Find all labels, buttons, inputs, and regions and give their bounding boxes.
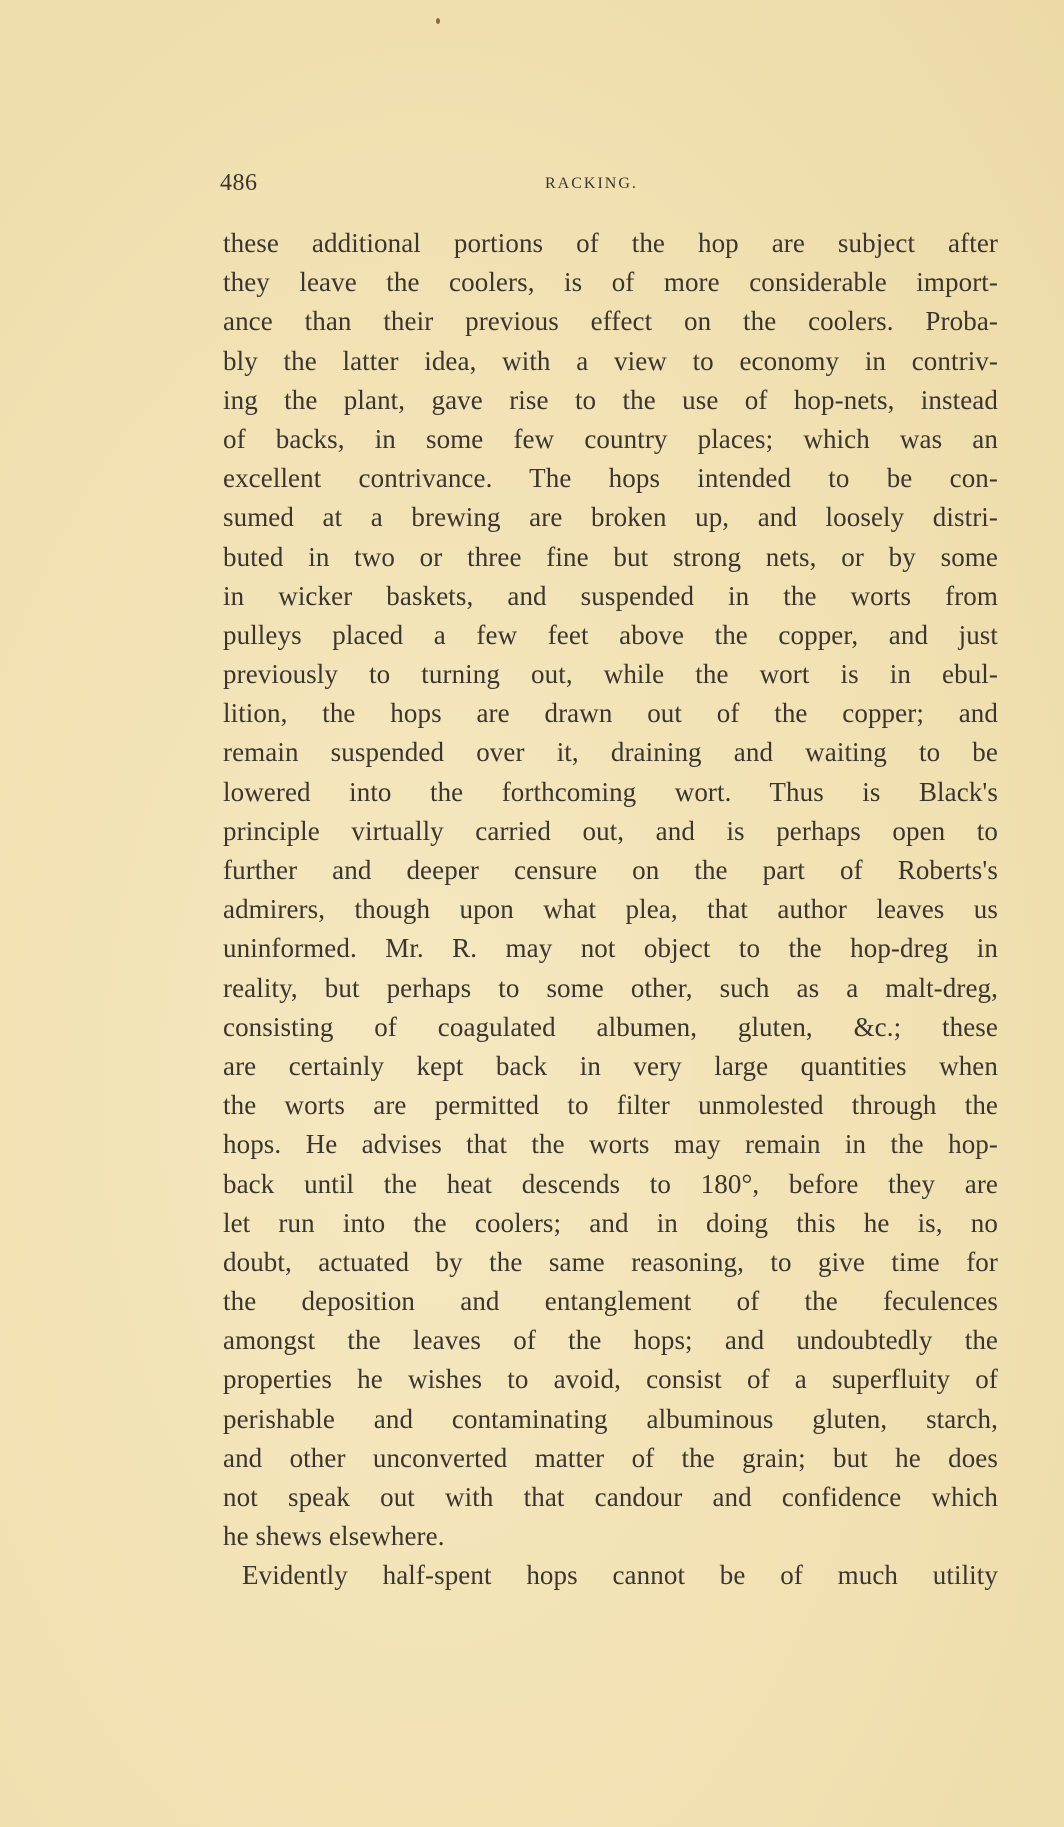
text-line: lition, the hops are drawn out of the co… <box>223 694 998 733</box>
text-line: are certainly kept back in very large qu… <box>223 1047 998 1086</box>
text-line: principle virtually carried out, and is … <box>223 812 998 851</box>
text-line: buted in two or three fine but strong ne… <box>223 538 998 577</box>
text-line: doubt, actuated by the same reasoning, t… <box>223 1243 998 1282</box>
running-head: 486 RACKING. <box>220 170 1040 200</box>
text-line: in wicker baskets, and suspended in the … <box>223 577 998 616</box>
book-page: 486 RACKING. these additional portions o… <box>0 0 1064 1827</box>
text-line: the worts are permitted to filter unmole… <box>223 1086 998 1125</box>
page-number: 486 <box>220 170 258 197</box>
text-line: Evidently half-spent hops cannot be of m… <box>223 1556 998 1595</box>
text-line: remain suspended over it, draining and w… <box>223 733 998 772</box>
text-line: lowered into the forthcoming wort. Thus … <box>223 773 998 812</box>
text-line: perishable and contaminating albuminous … <box>223 1400 998 1439</box>
paragraph-2: Evidently half-spent hops cannot be of m… <box>223 1556 998 1595</box>
text-line: he shews elsewhere. <box>223 1517 998 1556</box>
text-line: the deposition and entanglement of the f… <box>223 1282 998 1321</box>
paper-speck <box>436 18 440 24</box>
body-text: these additional portions of the hop are… <box>223 224 998 1596</box>
text-line: not speak out with that candour and conf… <box>223 1478 998 1517</box>
paragraph-1: these additional portions of the hop are… <box>223 224 998 1556</box>
text-line: reality, but perhaps to some other, such… <box>223 969 998 1008</box>
text-line: these additional portions of the hop are… <box>223 224 998 263</box>
text-line: properties he wishes to avoid, consist o… <box>223 1360 998 1399</box>
text-line: uninformed. Mr. R. may not object to the… <box>223 929 998 968</box>
text-line: previously to turning out, while the wor… <box>223 655 998 694</box>
text-line: sumed at a brewing are broken up, and lo… <box>223 498 998 537</box>
text-line: ance than their previous effect on the c… <box>223 302 998 341</box>
text-line: consisting of coagulated albumen, gluten… <box>223 1008 998 1047</box>
text-line: pulleys placed a few feet above the copp… <box>223 616 998 655</box>
text-line: and other unconverted matter of the grai… <box>223 1439 998 1478</box>
section-title: RACKING. <box>545 175 638 193</box>
text-line: of backs, in some few country places; wh… <box>223 420 998 459</box>
text-line: amongst the leaves of the hops; and undo… <box>223 1321 998 1360</box>
text-line: admirers, though upon what plea, that au… <box>223 890 998 929</box>
text-line: bly the latter idea, with a view to econ… <box>223 342 998 381</box>
text-line: let run into the coolers; and in doing t… <box>223 1204 998 1243</box>
text-line: further and deeper censure on the part o… <box>223 851 998 890</box>
text-line: excellent contrivance. The hops intended… <box>223 459 998 498</box>
text-line: ing the plant, gave rise to the use of h… <box>223 381 998 420</box>
text-line: hops. He advises that the worts may rema… <box>223 1125 998 1164</box>
text-line: back until the heat descends to 180°, be… <box>223 1165 998 1204</box>
text-line: they leave the coolers, is of more consi… <box>223 263 998 302</box>
